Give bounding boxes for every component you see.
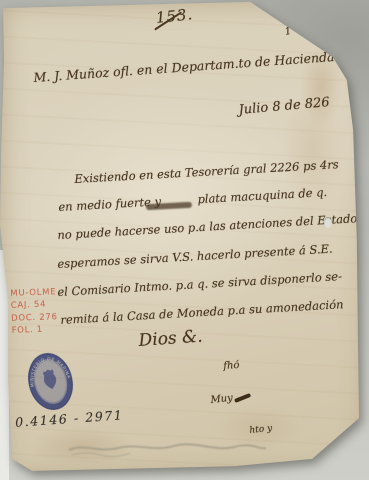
side-abbreviation: fhó: [223, 360, 240, 372]
archival-reference: MU-OLME CAJ. 54 DOC. 276 FOL. 1: [10, 286, 58, 337]
body-line: no puede hacerse uso p.a las atenciones …: [57, 211, 362, 242]
body-line: remita á la Casa de Moneda p.a su amoned…: [60, 297, 344, 327]
paper-hole: [324, 217, 332, 228]
bottom-rubric: hto y: [249, 424, 273, 436]
closing-formula: Dios &.: [138, 327, 203, 351]
paper-sheet: 153. 1 M. J. Muñoz ofl. en el Departam.t…: [0, 0, 369, 480]
photo-background: 153. 1 M. J. Muñoz ofl. en el Departam.t…: [0, 0, 369, 480]
archival-reference-line: MU-OLME: [10, 286, 57, 300]
secretary-mark: Muy: [210, 393, 233, 406]
archive-stamp-icon: MINISTERIO DE MARINA: [21, 347, 81, 416]
pen-flourish: [234, 393, 251, 403]
archival-reference-line: DOC. 276: [11, 311, 58, 325]
body-line: el Comisario Intmo. p.a q. se sirva disp…: [57, 269, 342, 299]
body-line: en medio fuerte y plata macuquina de q.: [58, 185, 328, 214]
archival-reference-line: FOL. 1: [11, 323, 58, 337]
pencil-scribble: [66, 440, 271, 458]
manuscript-paper: 153. 1 M. J. Muñoz ofl. en el Departam.t…: [0, 0, 369, 480]
registry-number: 0.4146 - 2971: [15, 407, 124, 430]
corner-mark: 1: [284, 26, 292, 38]
body-line: Existiendo en esta Tesorería gral 2226 p…: [74, 157, 339, 186]
body-line: esperamos se sirva V.S. hacerlo presente…: [57, 242, 333, 271]
address-line: M. J. Muñoz ofl. en el Departam.to de Ha…: [33, 49, 335, 85]
date-line: Julio 8 de 826: [238, 95, 330, 118]
crossed-out-word: [146, 202, 192, 210]
